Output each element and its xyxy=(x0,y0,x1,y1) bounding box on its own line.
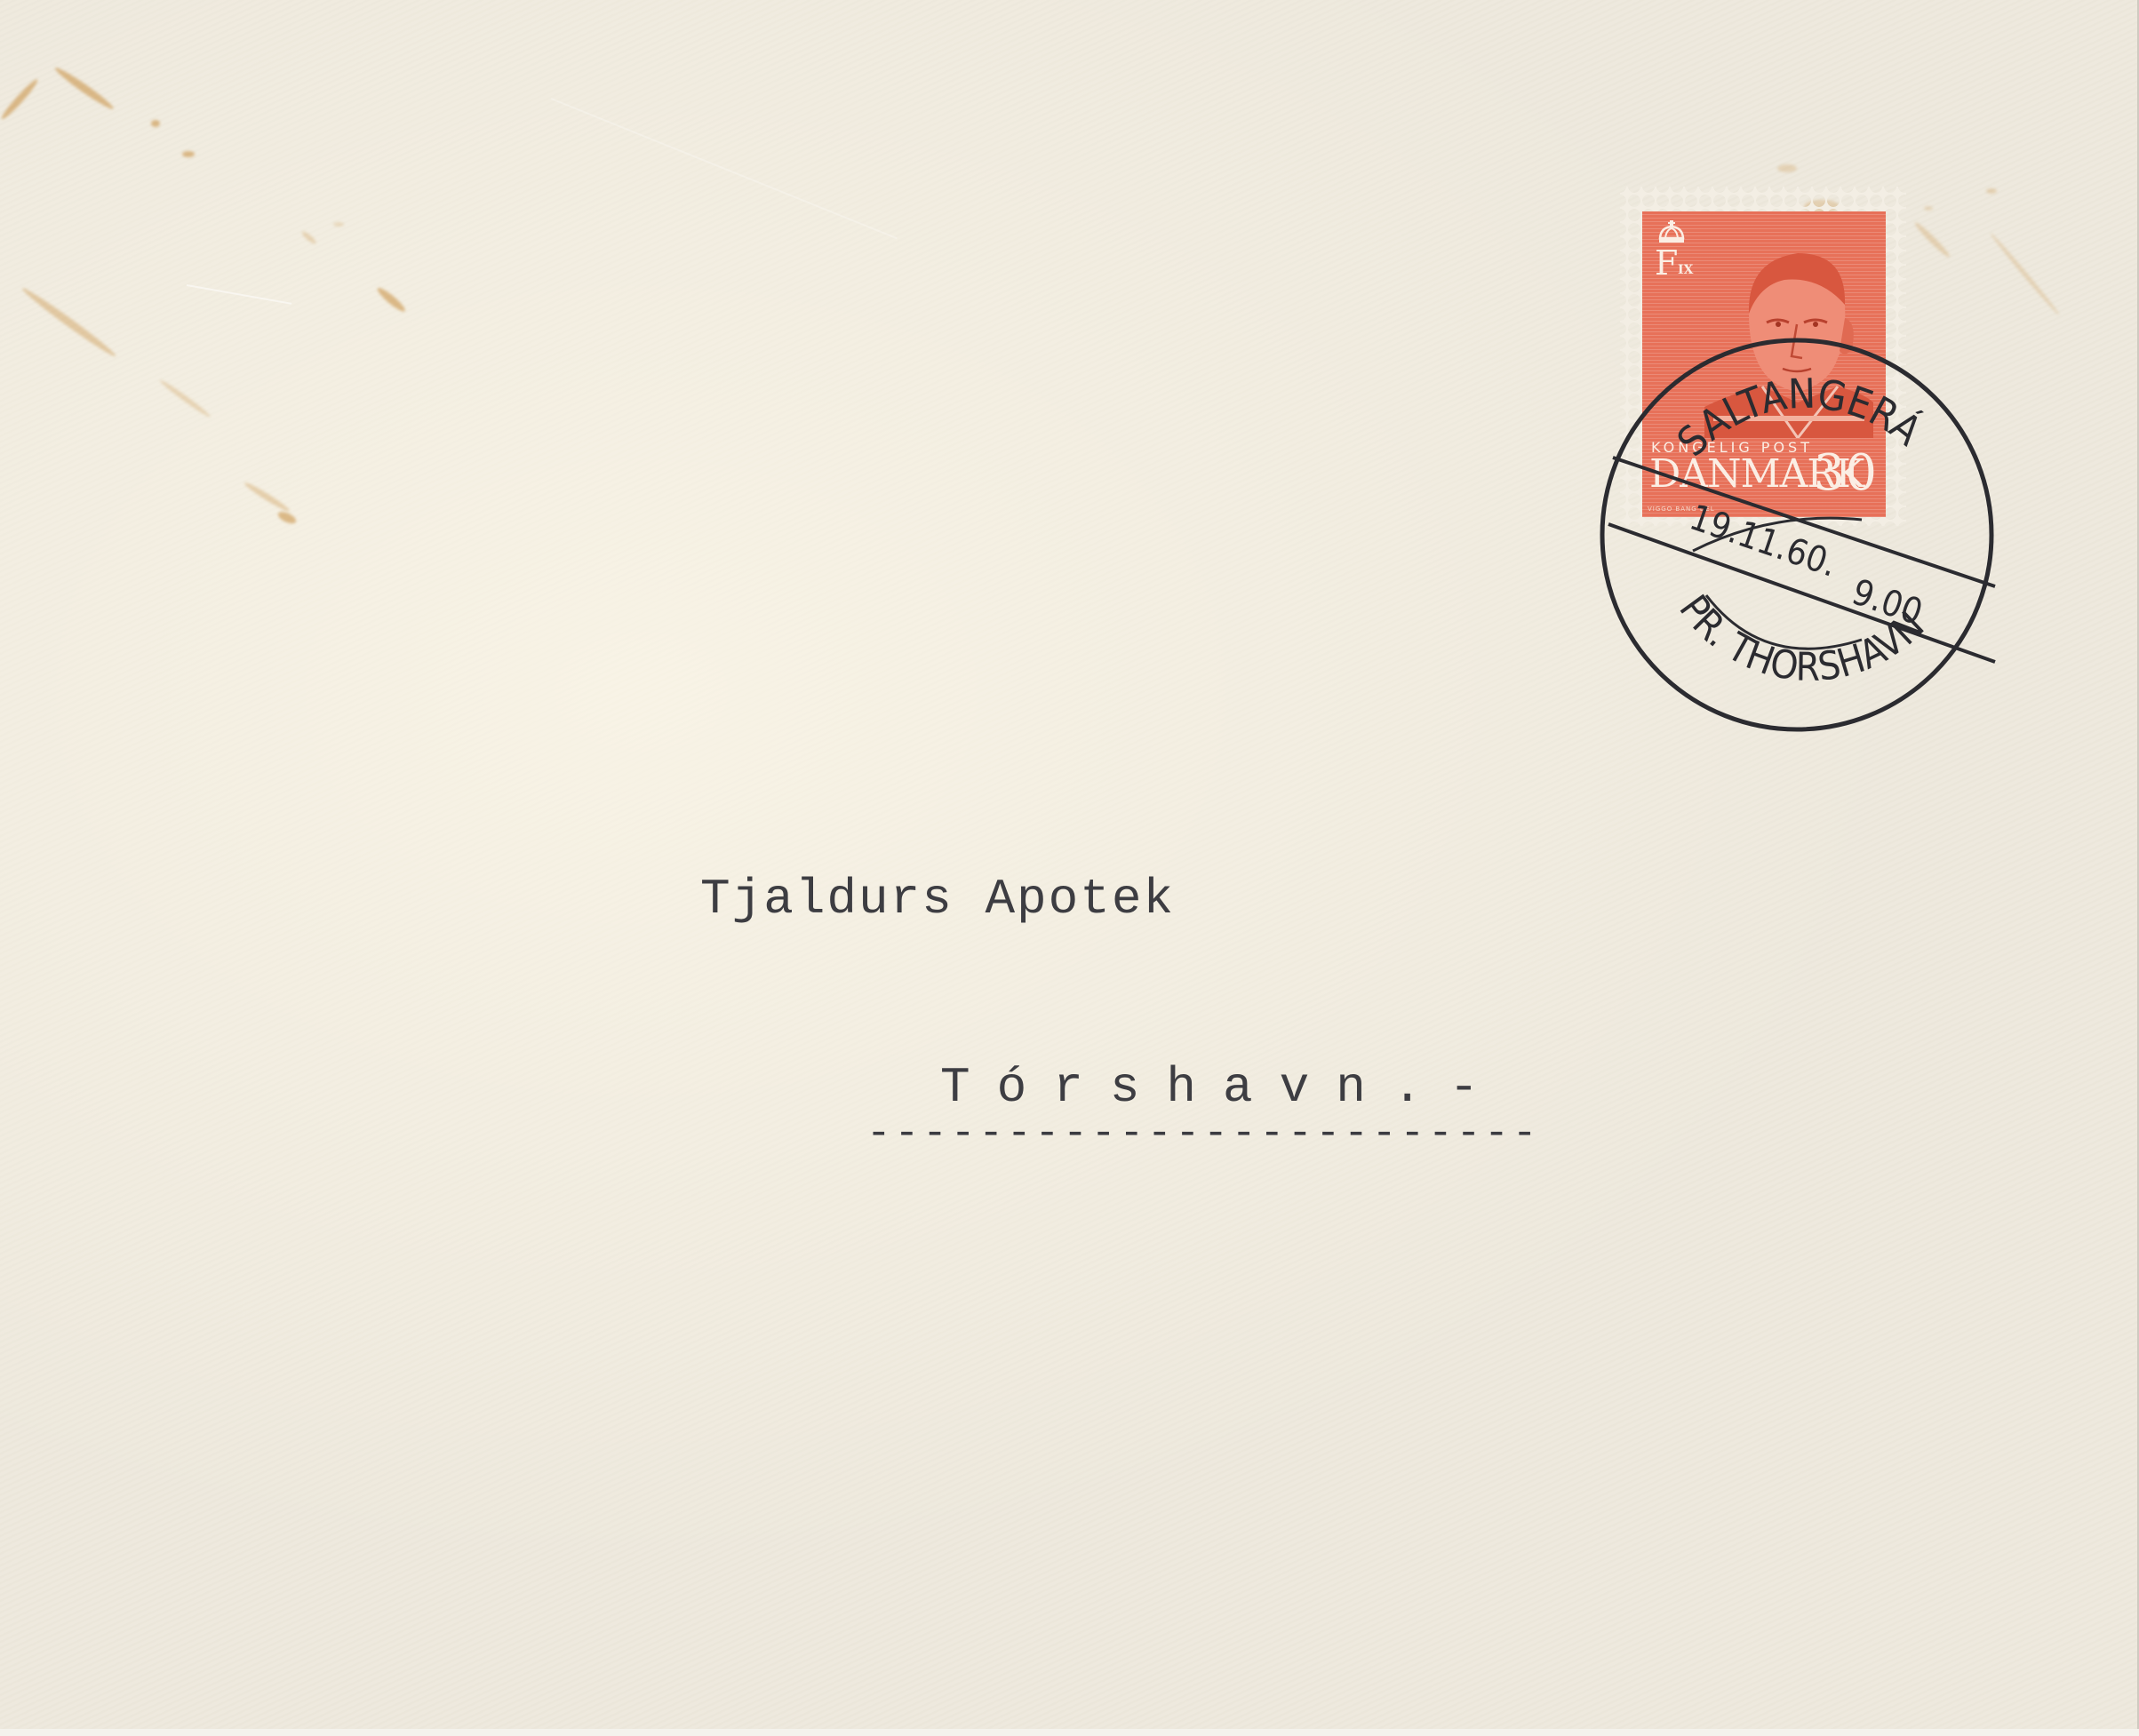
postmark-date: 19.11.60. xyxy=(1685,497,1842,585)
stain xyxy=(151,120,160,127)
stain xyxy=(243,481,291,514)
stain xyxy=(375,285,407,315)
city-underline: ------------------------ xyxy=(866,1111,1541,1157)
stamp-monogram: F xyxy=(1655,243,1678,283)
stamp-monogram-numeral: IX xyxy=(1678,263,1693,277)
stain xyxy=(52,65,116,112)
stain xyxy=(158,378,212,419)
recipient-name: Tjaldurs Apotek xyxy=(700,871,1175,928)
stain xyxy=(300,230,317,245)
stain xyxy=(182,151,195,157)
stain xyxy=(20,285,117,360)
stain xyxy=(1989,232,2061,316)
stain xyxy=(1913,220,1952,259)
crease xyxy=(187,284,292,305)
recipient-city: Tórshavn.- xyxy=(940,1059,1505,1116)
crease xyxy=(551,98,898,239)
stain xyxy=(0,77,40,122)
stain xyxy=(276,509,298,525)
stain xyxy=(1924,206,1933,211)
postmark-cancellation: SALTANGERÁ PR. THORSHAVN 19.11.60. 9.00 xyxy=(1595,333,2004,742)
stain xyxy=(1986,188,1997,194)
stain xyxy=(333,222,344,227)
crown-icon xyxy=(1658,220,1685,243)
stain xyxy=(1777,164,1797,172)
postmark-top-arc: SALTANGERÁ xyxy=(1668,370,1931,466)
